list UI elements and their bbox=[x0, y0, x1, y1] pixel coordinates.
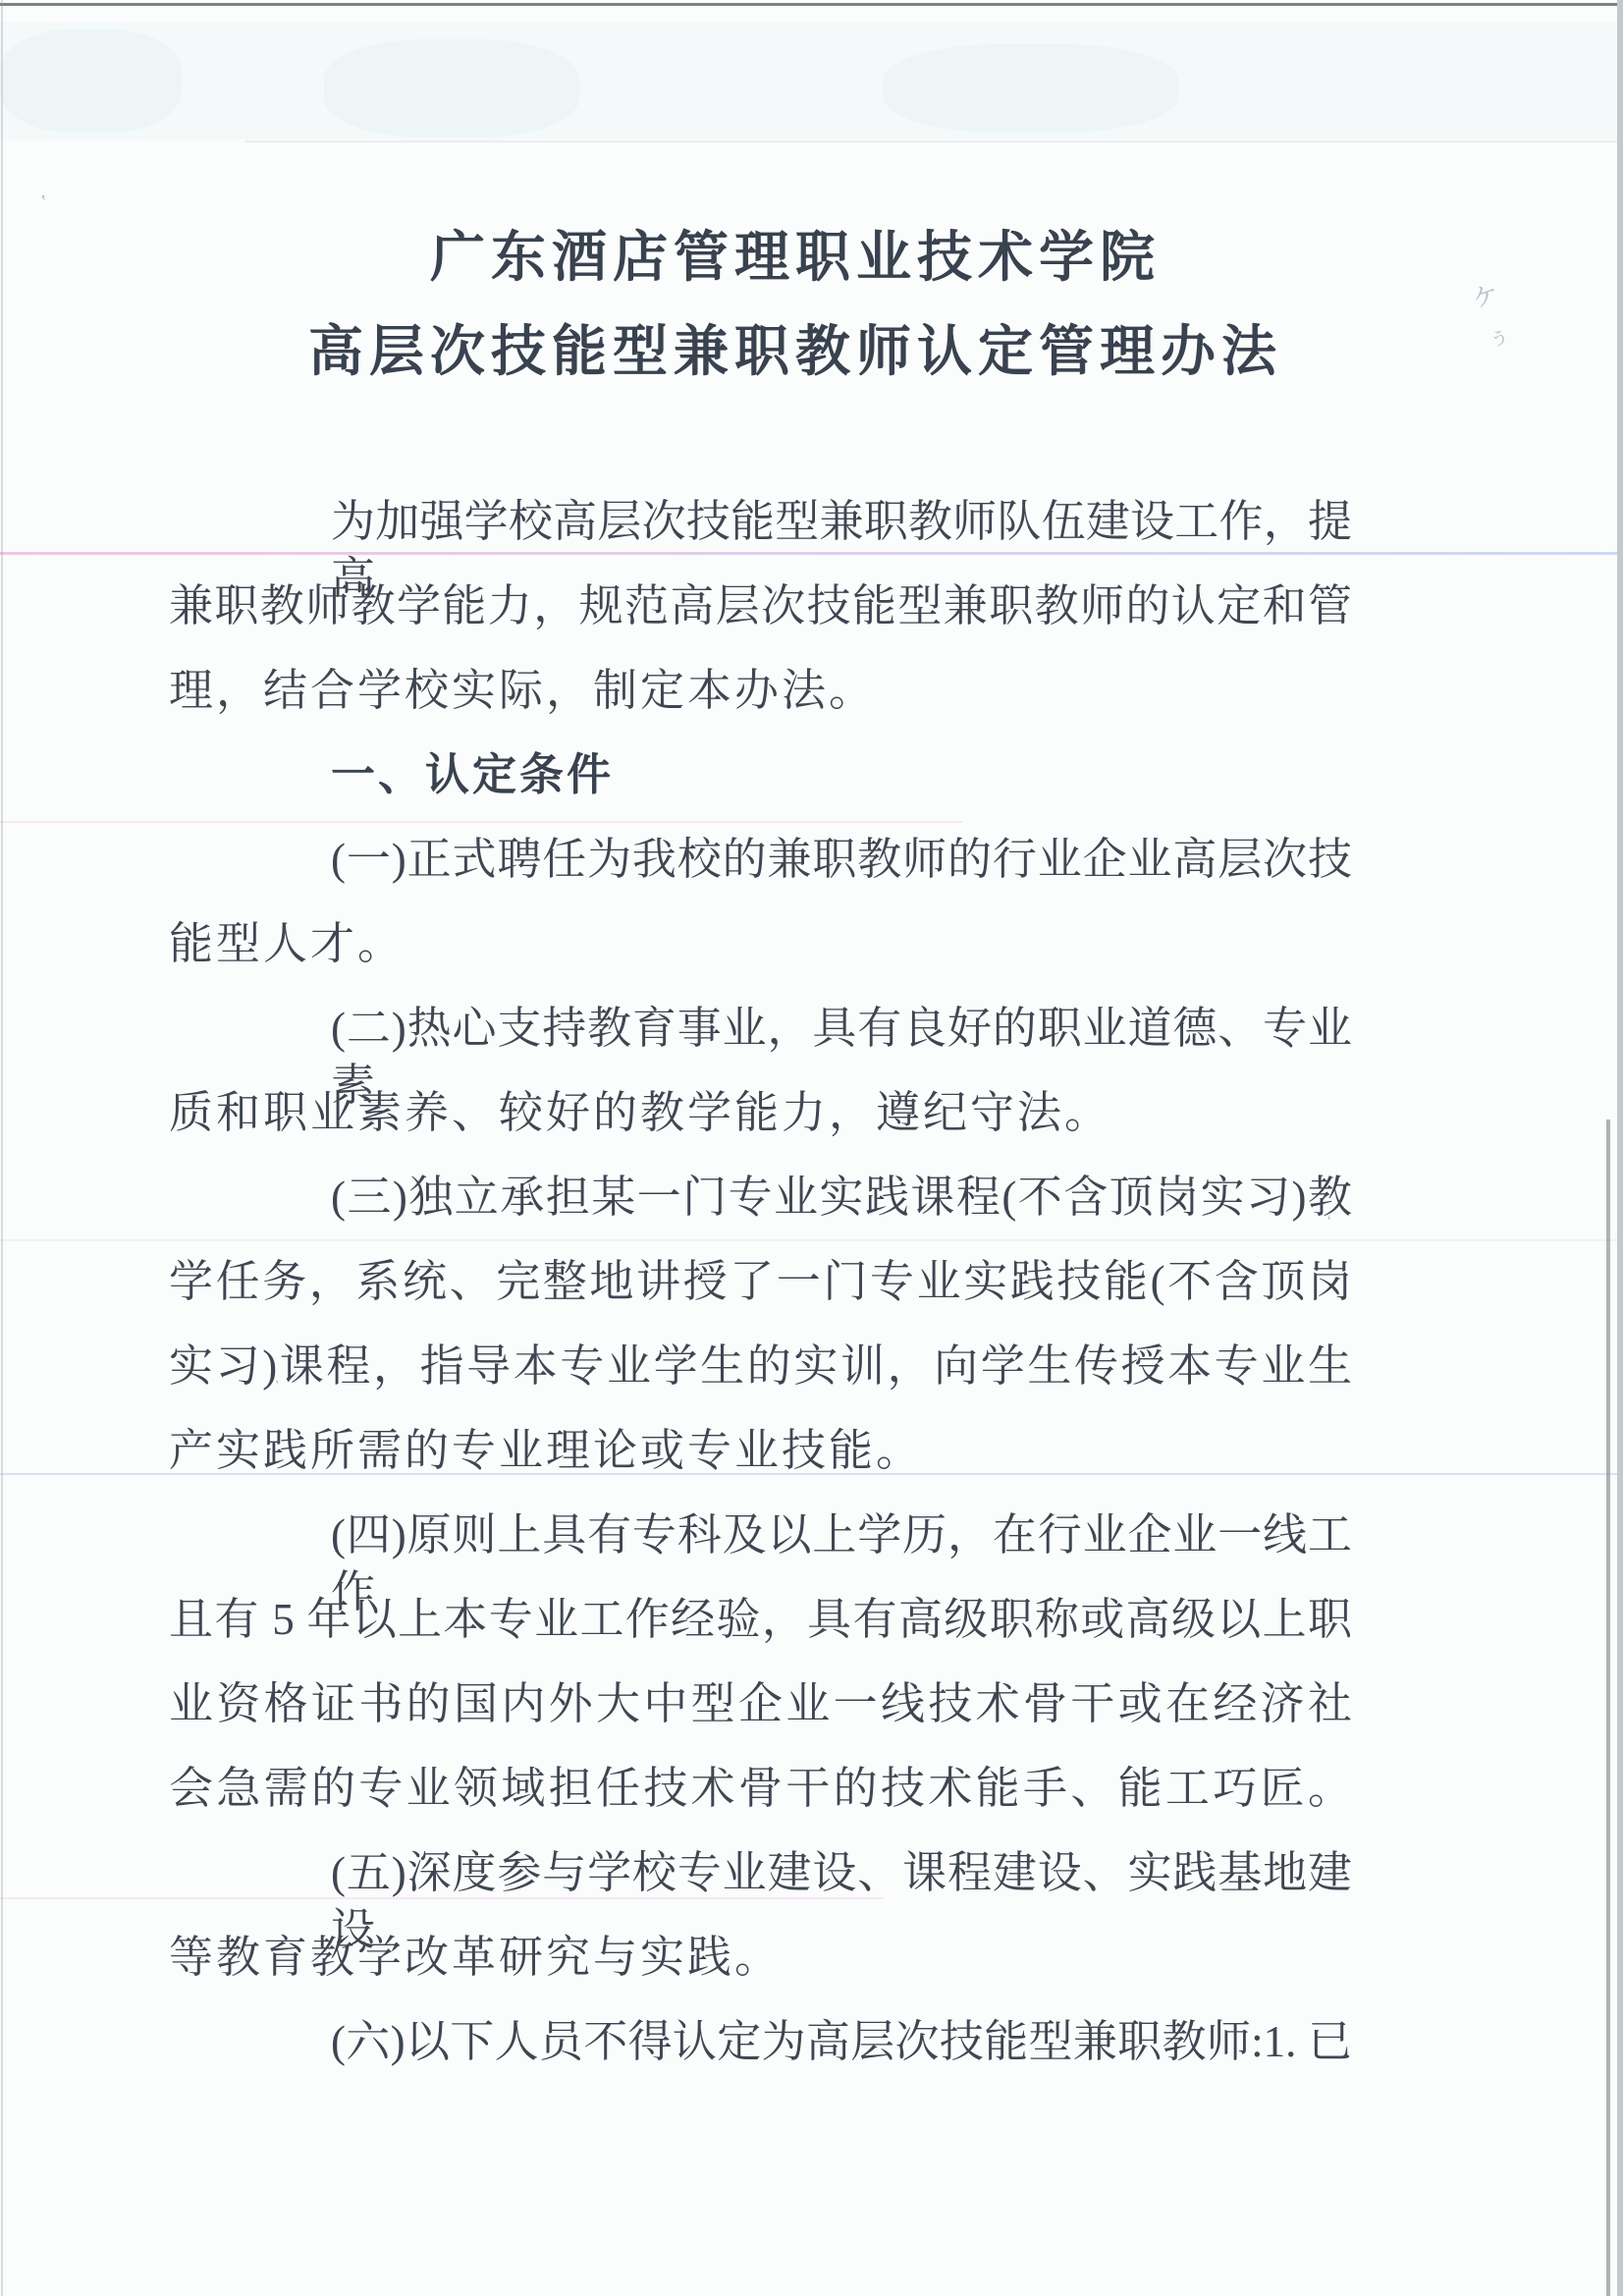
document-line: 产实践所需的专业理论或专业技能。 bbox=[169, 1422, 1352, 1485]
scan-speck: う bbox=[1488, 328, 1509, 349]
scan-edge-right bbox=[1617, 0, 1623, 2296]
document-line: 能型人才。 bbox=[169, 915, 1352, 978]
document-line: 等教育教学改革研究与实践。 bbox=[169, 1929, 1352, 1992]
document-page: ケ う ʻ ' ‛ 广东酒店管理职业技术学院 高层次技能型兼职教师认定管理办法 … bbox=[0, 0, 1623, 2296]
document-line: (三)独立承担某一门专业实践课程(不含顶岗实习)教 bbox=[169, 1169, 1352, 1231]
scan-speck: ‛ bbox=[39, 192, 50, 213]
document-line: 业资格证书的国内外大中型企业一线技术骨干或在经济社 bbox=[169, 1675, 1352, 1738]
scan-streak bbox=[245, 140, 1623, 142]
document-line: 一、认定条件 bbox=[169, 746, 1352, 809]
scan-speck: ケ bbox=[1471, 283, 1501, 313]
scan-blotch bbox=[324, 39, 579, 137]
scan-edge-right-dark bbox=[1606, 1120, 1610, 2296]
document-line: 且有 5 年以上本专业工作经验，具有高级职称或高级以上职 bbox=[169, 1591, 1352, 1654]
document-title-line-1: 广东酒店管理职业技术学院 bbox=[177, 224, 1414, 293]
document-line: 为加强学校高层次技能型兼职教师队伍建设工作，提高 bbox=[169, 493, 1352, 556]
scan-streak bbox=[0, 821, 962, 823]
scan-tint bbox=[0, 22, 1623, 139]
scan-edge-top bbox=[0, 3, 1623, 6]
document-line: 会急需的专业领域担任技术骨干的技术能手、能工巧匠。 bbox=[169, 1760, 1352, 1823]
document-line: 实习)课程，指导本专业学生的实训，向学生传授本专业生 bbox=[169, 1338, 1352, 1400]
document-line: (四)原则上具有专科及以上学历，在行业企业一线工作 bbox=[169, 1506, 1352, 1569]
document-line: (五)深度参与学校专业建设、课程建设、实践基地建设 bbox=[169, 1844, 1352, 1907]
document-title-line-2: 高层次技能型兼职教师认定管理办法 bbox=[177, 318, 1414, 387]
scan-streak bbox=[0, 1239, 1623, 1241]
document-line: 兼职教师教学能力，规范高层次技能型兼职教师的认定和管 bbox=[169, 577, 1352, 640]
document-line: (六)以下人员不得认定为高层次技能型兼职教师:1. 已 bbox=[169, 2013, 1352, 2076]
document-line: (一)正式聘任为我校的兼职教师的行业企业高层次技 bbox=[169, 831, 1352, 894]
document-line: 质和职业素养、较好的教学能力，遵纪守法。 bbox=[169, 1084, 1352, 1147]
document-line: (二)热心支持教育事业，具有良好的职业道德、专业素 bbox=[169, 1000, 1352, 1063]
scan-edge-left bbox=[1, 0, 3, 2296]
scan-blotch bbox=[884, 44, 1178, 133]
scan-blotch bbox=[0, 29, 182, 133]
document-line: 理，结合学校实际，制定本办法。 bbox=[169, 662, 1352, 725]
document-line: 学任务，系统、完整地讲授了一门专业实践技能(不含顶岗 bbox=[169, 1253, 1352, 1316]
